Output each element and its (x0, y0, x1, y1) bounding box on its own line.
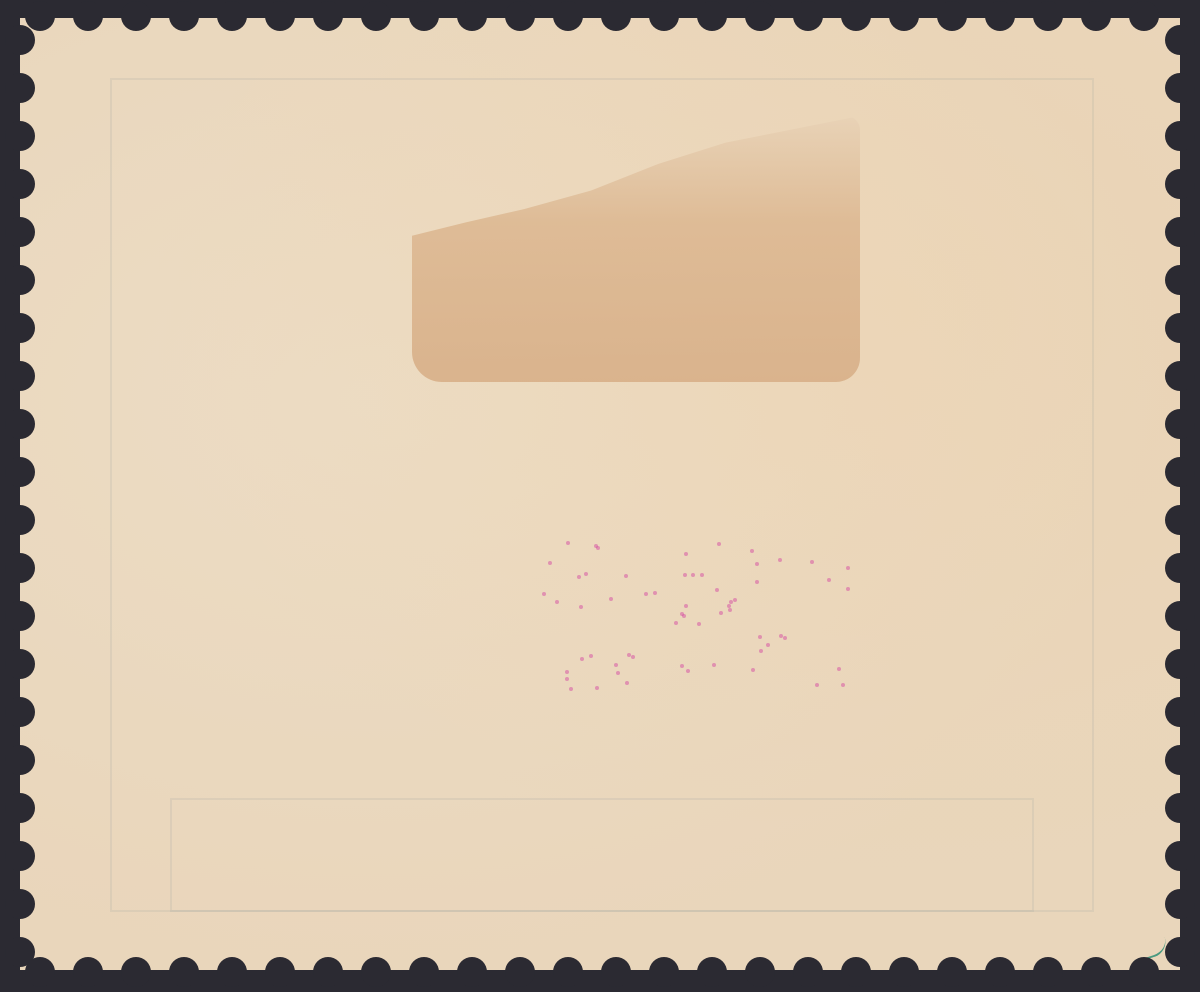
perforation-hole (457, 957, 487, 987)
perforation-hole (5, 793, 35, 823)
magenta-speck (686, 669, 690, 673)
perforation-hole (553, 957, 583, 987)
perforation-hole (985, 957, 1015, 987)
perforation-hole (1165, 409, 1195, 439)
perforation-hole (5, 217, 35, 247)
magenta-speck (614, 663, 618, 667)
perforation-hole (1165, 697, 1195, 727)
perforation-hole (697, 1, 727, 31)
perforation-hole (1165, 889, 1195, 919)
magenta-speck (758, 635, 762, 639)
perforation-hole (217, 957, 247, 987)
perforation-hole (169, 957, 199, 987)
magenta-speck (846, 587, 850, 591)
magenta-speck (565, 670, 569, 674)
magenta-speck (627, 653, 631, 657)
perforation-hole (265, 1, 295, 31)
perforation-hole (1165, 169, 1195, 199)
magenta-speck (783, 636, 787, 640)
perforation-hole (1165, 265, 1195, 295)
perforation-hole (5, 121, 35, 151)
perforation-hole (5, 265, 35, 295)
perforation-hole (1165, 841, 1195, 871)
perforation-hole (1165, 601, 1195, 631)
perforation-hole (121, 1, 151, 31)
perforation-hole (265, 957, 295, 987)
magenta-speck (653, 591, 657, 595)
perforation-hole (985, 1, 1015, 31)
perforation-hole (1165, 649, 1195, 679)
perforation-hole (1129, 1, 1159, 31)
perforation-hole (1165, 505, 1195, 535)
magenta-speck (697, 622, 701, 626)
magenta-speck (729, 600, 733, 604)
perforation-hole (601, 1, 631, 31)
magenta-speck (594, 544, 598, 548)
magenta-speck (712, 663, 716, 667)
magenta-speck (700, 573, 704, 577)
stamp-back-paper (20, 18, 1180, 970)
magenta-speck (580, 657, 584, 661)
perforation-hole (937, 957, 967, 987)
perforation-hole (169, 1, 199, 31)
perforation-hole (889, 957, 919, 987)
magenta-speck (755, 562, 759, 566)
perforation-hole (409, 1, 439, 31)
perforation-hole (1165, 553, 1195, 583)
perforation-hole (649, 957, 679, 987)
perforation-hole (1033, 957, 1063, 987)
magenta-speck (644, 592, 648, 596)
perforation-hole (841, 957, 871, 987)
perforation-hole (1165, 25, 1195, 55)
perforation-hole (1033, 1, 1063, 31)
perforation-hole (5, 649, 35, 679)
perforation-hole (121, 957, 151, 987)
perforation-hole (1165, 121, 1195, 151)
perforation-hole (5, 409, 35, 439)
magenta-speck (683, 573, 687, 577)
perforation-hole (25, 1, 55, 31)
design-show-through-value-tablet (170, 798, 1034, 912)
perforation-hole (409, 957, 439, 987)
perforation-hole (697, 957, 727, 987)
perforation-hole (1165, 793, 1195, 823)
perforation-hole (361, 957, 391, 987)
perforation-hole (1165, 457, 1195, 487)
perforation-hole (313, 1, 343, 31)
perforation-hole (5, 313, 35, 343)
perforation-hole (5, 889, 35, 919)
perforation-hole (1165, 313, 1195, 343)
magenta-speck (810, 560, 814, 564)
perforation-hole (1165, 361, 1195, 391)
perforation-hole (937, 1, 967, 31)
magenta-speck (577, 575, 581, 579)
magenta-speck (684, 552, 688, 556)
perforation-hole (841, 1, 871, 31)
perforation-hole (5, 937, 35, 967)
perforation-hole (1165, 745, 1195, 775)
magenta-speck (815, 683, 819, 687)
perforation-hole (889, 1, 919, 31)
perforation-hole (1081, 1, 1111, 31)
perforation-hole (5, 457, 35, 487)
perforation-hole (313, 957, 343, 987)
perforation-hole (553, 1, 583, 31)
perforation-hole (457, 1, 487, 31)
perforation-hole (5, 745, 35, 775)
magenta-speck (766, 643, 770, 647)
perforation-hole (1165, 937, 1195, 967)
perforation-hole (5, 169, 35, 199)
magenta-speck (715, 588, 719, 592)
perforation-hole (793, 957, 823, 987)
perforation-hole (5, 25, 35, 55)
perforation-hole (73, 957, 103, 987)
perforation-hole (793, 1, 823, 31)
perforation-hole (73, 1, 103, 31)
perforation-hole (649, 1, 679, 31)
perforation-hole (217, 1, 247, 31)
perforation-hole (5, 361, 35, 391)
magenta-speck (837, 667, 841, 671)
perforation-hole (505, 957, 535, 987)
perforation-hole (1165, 217, 1195, 247)
perforation-hole (5, 553, 35, 583)
perforation-hole (1129, 957, 1159, 987)
magenta-speck (778, 558, 782, 562)
perforation-hole (745, 957, 775, 987)
perforation-hole (5, 73, 35, 103)
magenta-speck (579, 605, 583, 609)
perforation-hole (5, 505, 35, 535)
perforation-hole (5, 697, 35, 727)
perforation-hole (601, 957, 631, 987)
perforation-hole (5, 841, 35, 871)
perforation-hole (5, 601, 35, 631)
magenta-speck (569, 687, 573, 691)
stamp-photo (0, 0, 1200, 992)
magenta-speck (584, 572, 588, 576)
perforation-hole (745, 1, 775, 31)
perforation-hole (1165, 73, 1195, 103)
magenta-speck (674, 621, 678, 625)
magenta-speck (548, 561, 552, 565)
perforation-hole (361, 1, 391, 31)
perforation-hole (1081, 957, 1111, 987)
perforation-hole (505, 1, 535, 31)
magenta-speck (827, 578, 831, 582)
magenta-speck (595, 686, 599, 690)
magenta-speck (609, 597, 613, 601)
